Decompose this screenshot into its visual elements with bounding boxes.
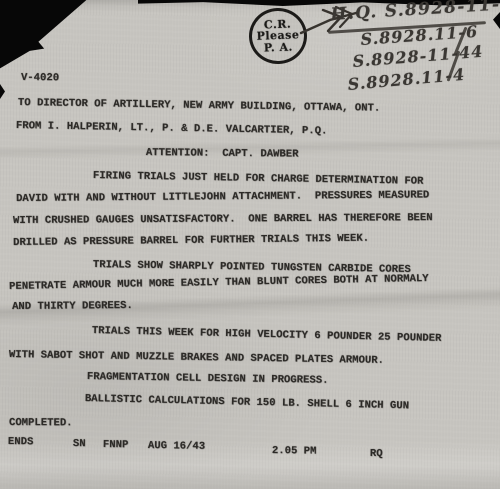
from-line: FROM I. HALPERIN, LT., P. & D.E. VALCART… [16, 120, 328, 137]
signoff-code: FNNP [103, 439, 129, 451]
body-line: FIRING TRIALS JUST HELD FOR CHARGE DETER… [93, 170, 424, 188]
body-line: DAVID WITH AND WITHOUT LITTLEJOHN ATTACH… [16, 189, 429, 205]
telegram-scan: C.R. Please P. A. H.Q. S.8928-11-2 S.892… [0, 0, 500, 489]
body-line: PENETRATE ARMOUR MUCH MORE EASILY THAN B… [9, 273, 429, 293]
signoff-time: 2.05 PM [272, 445, 317, 458]
body-line: AND THIRTY DEGREES. [12, 300, 133, 313]
signoff-initials: RQ [370, 448, 383, 460]
stamp-line-3: P. A. [264, 41, 293, 54]
body-line: TRIALS THIS WEEK FOR HIGH VELOCITY 6 POU… [92, 325, 442, 345]
body-line: FRAGMENTATION CELL DESIGN IN PROGRESS. [87, 371, 329, 387]
body-line: WITH CRUSHED GAUGES UNSATISFACTORY. ONE … [13, 212, 433, 227]
to-line: TO DIRECTOR OF ARTILLERY, NEW ARMY BUILD… [18, 97, 381, 115]
body-line: BALLISTIC CALCULATIONS FOR 150 LB. SHELL… [85, 393, 409, 412]
signoff-date: AUG 16/43 [148, 440, 205, 453]
scan-left-edge-mark [0, 84, 5, 99]
signoff-operator: SN [73, 438, 86, 450]
body-line: WITH SABOT SHOT AND MUZZLE BRAKES AND SP… [9, 349, 384, 367]
body-line: COMPLETED. [9, 417, 73, 429]
telegram-serial: V-4020 [21, 72, 59, 84]
attention-line: ATTENTION: CAPT. DAWBER [146, 147, 299, 161]
body-line: DRILLED AS PRESSURE BARREL FOR FURTHER T… [13, 233, 369, 249]
scan-corner-tear [0, 0, 96, 76]
signoff-ends: ENDS [8, 436, 34, 448]
